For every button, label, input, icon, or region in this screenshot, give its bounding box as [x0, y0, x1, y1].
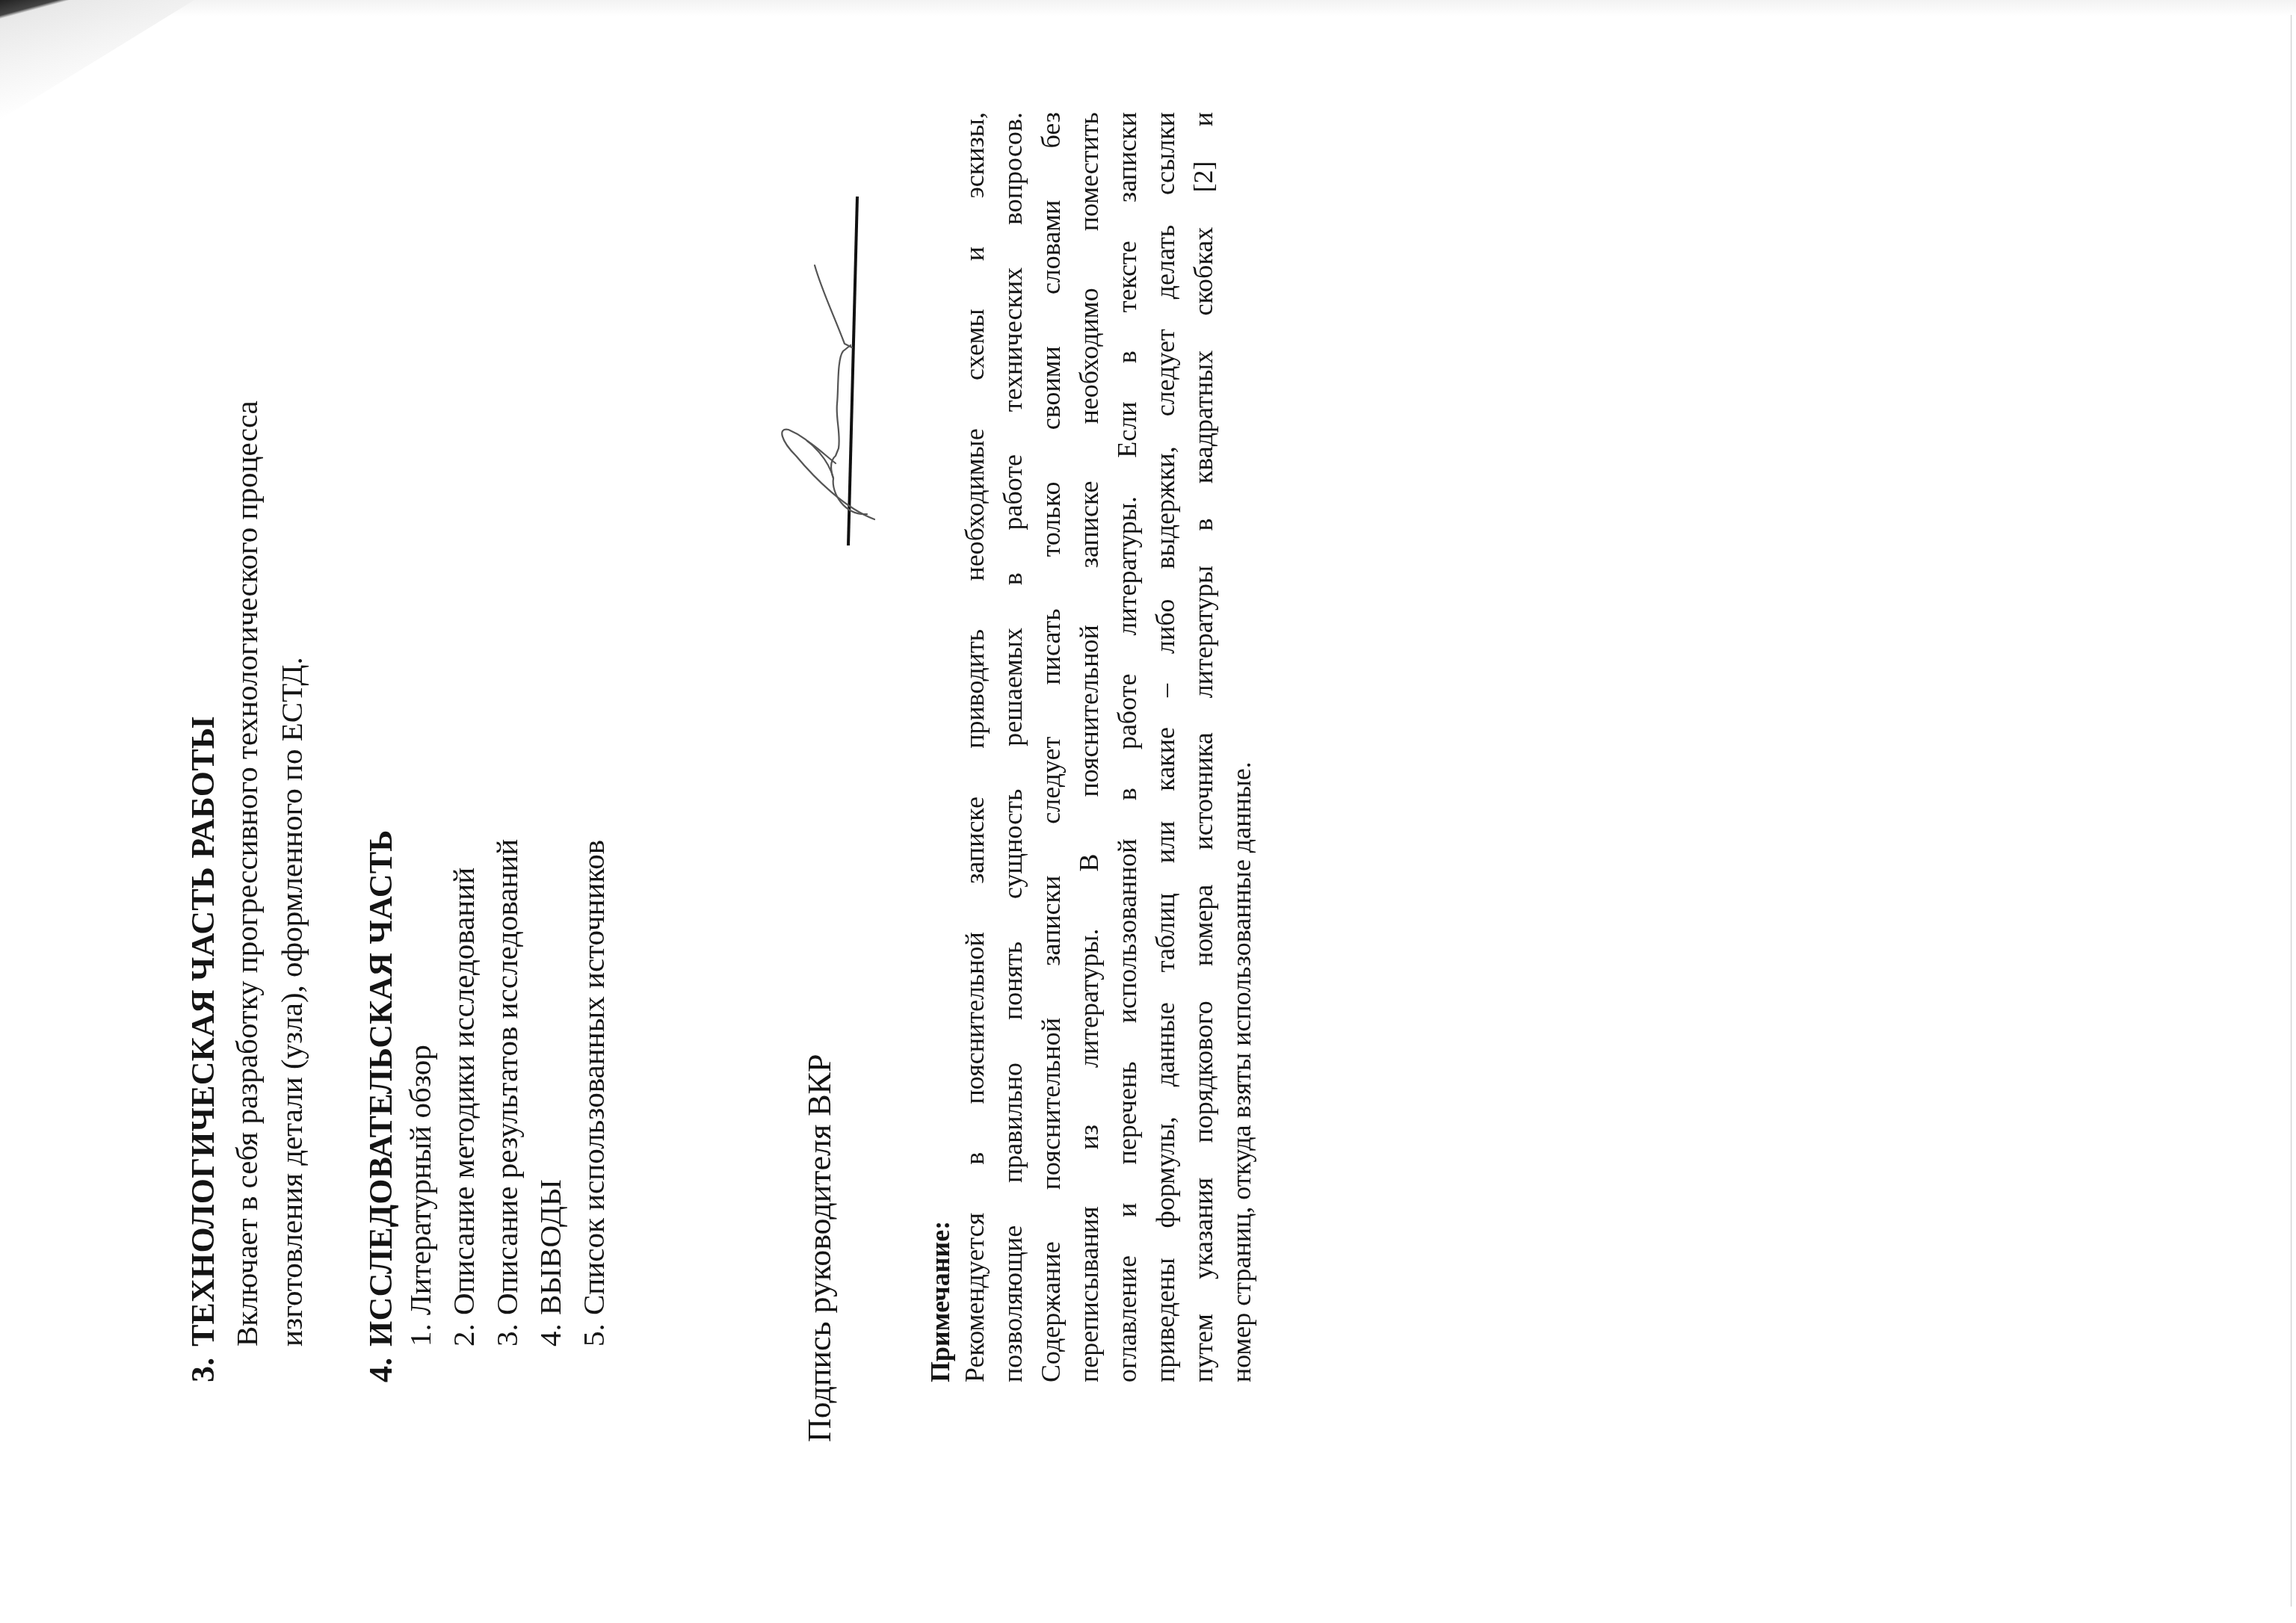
note-line: номер страниц, откуда взяты использованн… [1228, 112, 1265, 1382]
note-line: позволяющие правильно понять сущность ре… [999, 112, 1037, 1382]
section4-item: 4.ВЫВОДЫ [535, 1179, 566, 1347]
note-line: приведены формулы, данные таблиц или как… [1152, 112, 1189, 1382]
section3-description-line-2: изготовления детали (узла), оформленного… [277, 657, 307, 1347]
scan-edge-right [2291, 15, 2292, 1607]
handwritten-signature [782, 265, 874, 519]
scan-edge-top [0, 0, 2296, 16]
note-line: путем указания порядкового номера источн… [1190, 112, 1227, 1382]
signature-line [848, 197, 857, 545]
section4-number: 4. [365, 1347, 398, 1382]
section4-item: 5.Список использованных источников [578, 840, 609, 1347]
section3-number: 3. [187, 1347, 220, 1382]
section3-description-line-1: Включает в себя разработку прогрессивног… [232, 401, 262, 1347]
section3-heading: 3.ТЕХНОЛОГИЧЕСКАЯ ЧАСТЬ РАБОТЫ [187, 717, 220, 1382]
note-line: оглавление и перечень использованной в р… [1114, 112, 1151, 1382]
section4-item: 3.Описание результатов исследований [492, 839, 522, 1347]
signature-label: Подпись руководителя ВКР [803, 1054, 836, 1442]
scan-corner-shadow [0, 0, 194, 120]
section4-item: 2.Описание методики исследований [448, 868, 479, 1347]
note-line: Содержание пояснительной записки следует… [1037, 112, 1075, 1382]
note-line: переписывания из литературы. В пояснител… [1076, 112, 1113, 1382]
section4-item: 1.Литературный обзор [405, 1045, 436, 1347]
note-title: Примечание: [927, 1221, 954, 1382]
section4-heading: 4.ИССЛЕДОВАТЕЛЬСКАЯ ЧАСТЬ [365, 829, 398, 1382]
section4-title: ИССЛЕДОВАТЕЛЬСКАЯ ЧАСТЬ [362, 829, 399, 1347]
section3-title: ТЕХНОЛОГИЧЕСКАЯ ЧАСТЬ РАБОТЫ [185, 717, 221, 1347]
note-line: Рекомендуется в пояснительной записке пр… [961, 112, 999, 1382]
